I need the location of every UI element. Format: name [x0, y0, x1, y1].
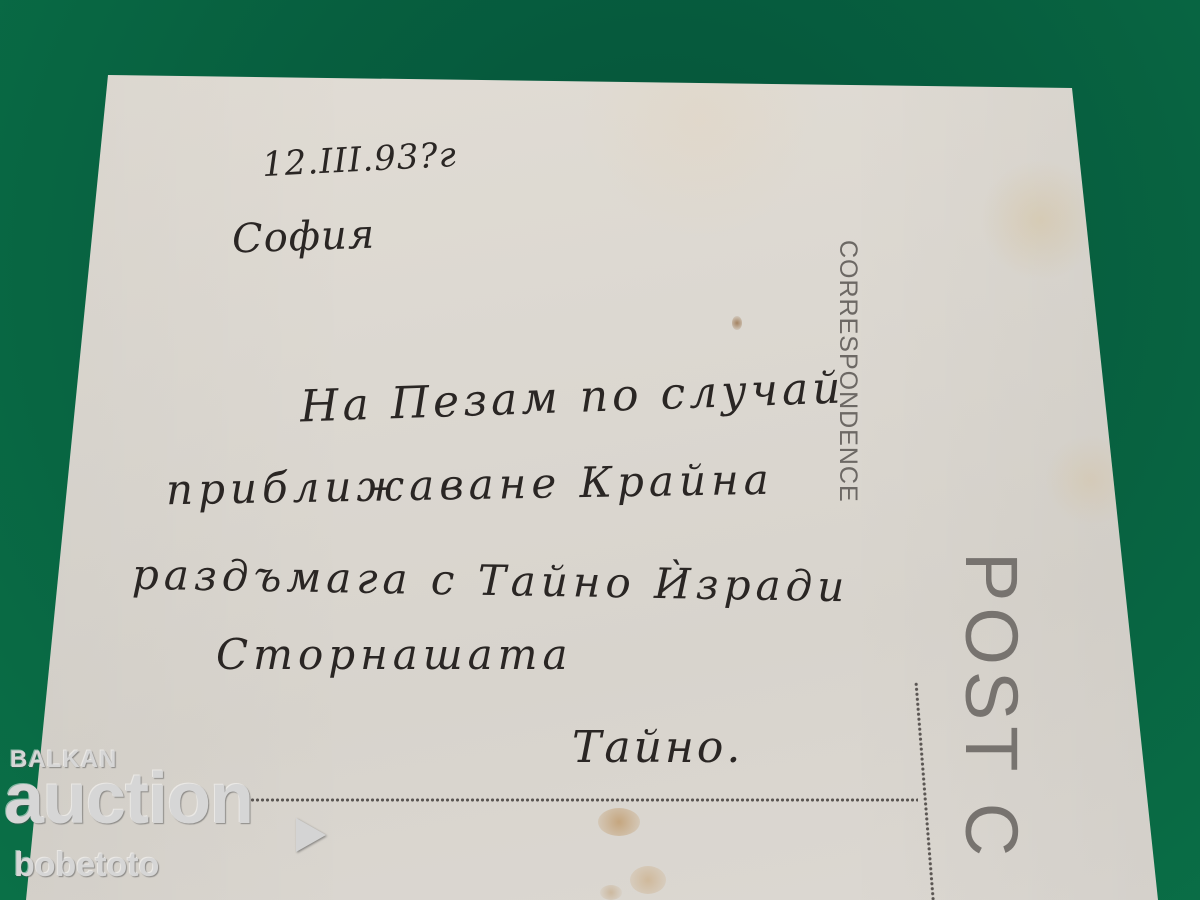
post-card-label: POST C	[949, 552, 1034, 862]
handwritten-place: София	[231, 212, 376, 263]
watermark-brand-sub: bobetoto	[14, 846, 159, 885]
address-divider-horizontal	[250, 798, 918, 802]
handwritten-line-4: Сторнашата	[216, 630, 573, 679]
play-triangle-icon	[296, 818, 326, 852]
stain-spot	[732, 316, 742, 330]
watermark-brand-main: auction	[4, 758, 253, 840]
handwritten-signature: Тайно.	[572, 722, 743, 773]
stain-spot	[630, 866, 666, 894]
stain-spot	[598, 808, 640, 836]
stain-spot	[600, 885, 622, 900]
